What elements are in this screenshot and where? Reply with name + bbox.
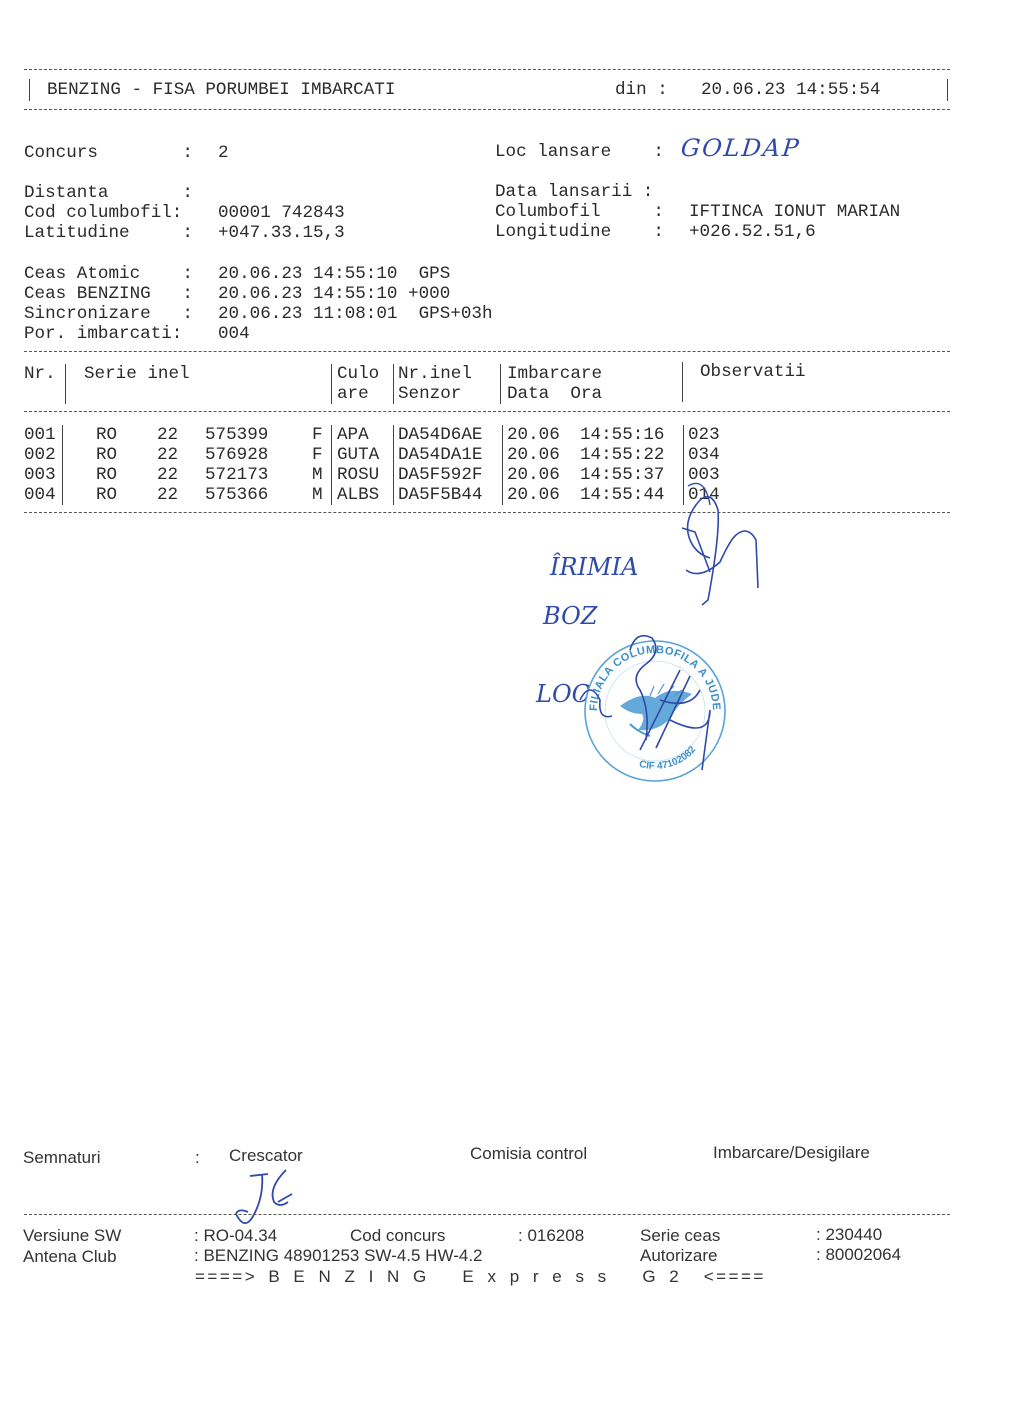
cod-columbofil-label: Cod columbofil: — [24, 203, 182, 223]
imbarcare-label: Imbarcare/Desigilare — [713, 1143, 870, 1163]
longitudine-value: +026.52.51,6 — [689, 222, 816, 242]
sincronizare-value: 20.06.23 11:08:01 GPS+03h — [218, 304, 493, 324]
cell-data: 20.06 — [507, 445, 560, 465]
antena-label: Antena Club — [23, 1247, 117, 1267]
cell-inel: 572173 — [205, 465, 268, 485]
ceas-atomic-value: 20.06.23 14:55:10 GPS — [218, 264, 450, 284]
cell-ora: 14:55:44 — [580, 485, 664, 505]
concurs-label: Concurs : — [24, 143, 193, 163]
por-imbarcati-value: 004 — [218, 324, 250, 344]
loc-lansare-handwritten: GOLDAP — [680, 134, 802, 162]
col-header-serie: Serie inel — [84, 364, 190, 384]
cell-ora: 14:55:16 — [580, 425, 664, 445]
cell-an: 22 — [157, 465, 178, 485]
signature-stamp-icon — [570, 630, 740, 780]
header-date-label: din : — [615, 80, 668, 100]
col-header-culoare: Culo — [337, 364, 379, 384]
row-sep-4 — [502, 425, 503, 505]
cell-sex: M — [312, 465, 323, 485]
table-top-rule — [24, 351, 950, 352]
signature-crescator-icon — [228, 1168, 308, 1232]
header-bottom-rule — [24, 109, 950, 110]
handwritten-boz: BOZ — [543, 602, 597, 630]
col-header-inel: Nr.inel — [398, 364, 472, 384]
cell-ora: 14:55:37 — [580, 465, 664, 485]
col-header-imbarcare: Imbarcare — [507, 364, 602, 384]
longitudine-label: Longitudine : — [495, 222, 664, 242]
cell-culoare: APA — [337, 425, 369, 445]
ceas-benzing-label: Ceas BENZING : — [24, 284, 193, 304]
cod-concurs-value: : 016208 — [518, 1226, 584, 1246]
concurs-value: 2 — [218, 143, 229, 163]
cell-ora: 14:55:22 — [580, 445, 664, 465]
cell-sex: F — [312, 425, 323, 445]
col-header-culoare-2: are — [337, 384, 369, 404]
col-header-observatii: Observatii — [700, 362, 806, 382]
cell-inel: 575399 — [205, 425, 268, 445]
cell-senzor: DA5F5B44 — [398, 485, 482, 505]
header-sep-2 — [331, 364, 332, 404]
row-sep-2 — [331, 425, 332, 505]
table-header-rule — [24, 411, 950, 412]
header-top-rule — [24, 69, 950, 70]
semnaturi-colon: : — [195, 1148, 200, 1168]
cell-nr: 004 — [24, 485, 56, 505]
cell-sex: M — [312, 485, 323, 505]
cell-an: 22 — [157, 445, 178, 465]
columbofil-label: Columbofil : — [495, 202, 664, 222]
cell-tara: RO — [96, 485, 117, 505]
cell-tara: RO — [96, 425, 117, 445]
cell-obs: 034 — [688, 445, 720, 465]
cell-data: 20.06 — [507, 425, 560, 445]
benzing-banner: ====> B E N Z I N G E x p r e s s G 2 <=… — [195, 1267, 766, 1287]
autorizare-value: : 80002064 — [816, 1245, 901, 1265]
latitudine-label: Latitudine : — [24, 223, 193, 243]
cod-concurs-label: Cod concurs — [350, 1226, 445, 1246]
semnaturi-label: Semnaturi — [23, 1148, 100, 1168]
table-bottom-rule — [24, 512, 950, 513]
header-sep-5 — [682, 362, 683, 402]
sincronizare-label: Sincronizare : — [24, 304, 193, 324]
data-lansarii-label: Data lansarii : — [495, 182, 653, 202]
cell-an: 22 — [157, 425, 178, 445]
cell-nr: 003 — [24, 465, 56, 485]
cell-data: 20.06 — [507, 485, 560, 505]
por-imbarcati-label: Por. imbarcati: — [24, 324, 182, 344]
cell-culoare: ALBS — [337, 485, 379, 505]
cell-tara: RO — [96, 445, 117, 465]
latitudine-value: +047.33.15,3 — [218, 223, 345, 243]
ceas-atomic-label: Ceas Atomic : — [24, 264, 193, 284]
cell-inel: 576928 — [205, 445, 268, 465]
distanta-label: Distanta : — [24, 183, 193, 203]
row-sep-1 — [62, 425, 63, 505]
col-header-inel-2: Senzor — [398, 384, 461, 404]
header-sep-3 — [393, 364, 394, 404]
footer-rule — [24, 1214, 950, 1215]
cell-culoare: GUTA — [337, 445, 379, 465]
serie-ceas-value: : 230440 — [816, 1225, 882, 1245]
cell-an: 22 — [157, 485, 178, 505]
columbofil-value: IFTINCA IONUT MARIAN — [689, 202, 900, 222]
cell-data: 20.06 — [507, 465, 560, 485]
versiune-value: : RO-04.34 — [194, 1226, 277, 1246]
versiune-label: Versiune SW — [23, 1226, 121, 1246]
cell-senzor: DA5F592F — [398, 465, 482, 485]
cell-inel: 575366 — [205, 485, 268, 505]
col-header-nr: Nr. — [24, 364, 56, 384]
signature-top-icon — [660, 480, 780, 620]
cell-senzor: DA54D6AE — [398, 425, 482, 445]
header-sep-1 — [65, 364, 66, 404]
cell-obs: 023 — [688, 425, 720, 445]
header-sep-4 — [500, 364, 501, 404]
cod-columbofil-value: 00001 742843 — [218, 203, 345, 223]
col-header-imbarcare-2: Data Ora — [507, 384, 602, 404]
cell-senzor: DA54DA1E — [398, 445, 482, 465]
cell-nr: 001 — [24, 425, 56, 445]
loc-lansare-label: Loc lansare : — [495, 142, 664, 162]
header-left-bar — [29, 79, 30, 101]
autorizare-label: Autorizare — [640, 1246, 717, 1266]
header-right-bar — [947, 79, 948, 101]
comisia-label: Comisia control — [470, 1144, 587, 1164]
cell-sex: F — [312, 445, 323, 465]
cell-culoare: ROSU — [337, 465, 379, 485]
cell-nr: 002 — [24, 445, 56, 465]
crescator-label: Crescator — [229, 1146, 303, 1166]
row-sep-3 — [393, 425, 394, 505]
serie-ceas-label: Serie ceas — [640, 1226, 720, 1246]
cell-tara: RO — [96, 465, 117, 485]
handwritten-name: ÎRIMIA — [550, 553, 638, 581]
header-date-value: 20.06.23 14:55:54 — [701, 80, 881, 100]
ceas-benzing-value: 20.06.23 14:55:10 +000 — [218, 284, 450, 304]
antena-value: : BENZING 48901253 SW-4.5 HW-4.2 — [194, 1246, 483, 1266]
page-title: BENZING - FISA PORUMBEI IMBARCATI — [47, 80, 395, 100]
